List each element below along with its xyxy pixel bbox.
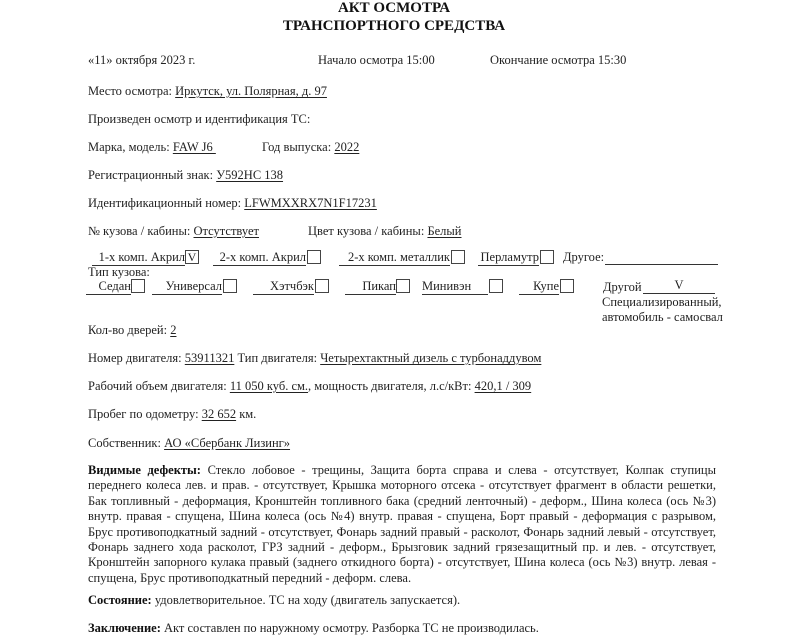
mileage-value: 32 652 <box>202 407 236 421</box>
condition-text: удовлетворительное. ТС на ходу (двигател… <box>152 593 460 607</box>
engine-type-value: Четырехтактный дизель с турбонаддувом <box>320 351 541 365</box>
body-type-checkbox-6[interactable] <box>560 279 574 293</box>
vin-row: Идентификационный номер: LFWMXXRX7N1F172… <box>88 196 377 211</box>
volume-label: Рабочий объем двигателя: <box>88 379 230 393</box>
vin-value: LFWMXXRX7N1F17231 <box>244 196 377 210</box>
conclusion-label: Заключение: <box>88 621 161 635</box>
plate-row: Регистрационный знак: У592НС 138 <box>88 168 283 183</box>
place-label: Место осмотра: <box>88 84 175 98</box>
condition-label: Состояние: <box>88 593 152 607</box>
paint-option-2: 2-х комп. Акрил <box>213 249 306 266</box>
vin-label: Идентификационный номер: <box>88 196 244 210</box>
body-type-checkbox-2[interactable] <box>223 279 237 293</box>
paint-option-3: 2-х комп. металлик <box>339 249 450 266</box>
body-type-other-field[interactable]: V <box>643 278 715 294</box>
body-number-label: № кузова / кабины: <box>88 224 194 238</box>
body-type-other-line1: Специализированный, <box>602 295 722 310</box>
paint-option-1: 1-х комп. Акрил <box>92 249 185 266</box>
model-value: FAW J6 <box>173 140 216 154</box>
inspection-end: Окончание осмотра 15:30 <box>490 53 626 68</box>
doors-row: Кол-во дверей: 2 <box>88 323 176 338</box>
paint-option-label: 2-х комп. Акрил <box>220 250 306 264</box>
paint-option-4: Перламутр <box>478 249 539 266</box>
paint-checkbox-2[interactable] <box>307 250 321 264</box>
body-type-option-label: Минивэн <box>422 279 471 293</box>
defects-paragraph: Видимые дефекты: Стекло лобовое - трещин… <box>88 463 716 586</box>
doors-label: Кол-во дверей: <box>88 323 170 337</box>
model-label: Марка, модель: <box>88 140 173 154</box>
identification-heading: Произведен осмотр и идентификация ТС: <box>88 112 310 127</box>
owner-label: Собственник: <box>88 436 164 450</box>
doc-title-line2: ТРАНСПОРТНОГО СРЕДСТВА <box>0 18 788 35</box>
year-label: Год выпуска: <box>262 140 334 154</box>
paint-other-label: Другое: <box>563 250 604 265</box>
body-type-option-label: Купе <box>533 279 559 293</box>
mileage-label: Пробег по одометру: <box>88 407 202 421</box>
body-type-option-3: Хэтчбэк <box>253 278 314 295</box>
conclusion-text: Акт составлен по наружному осмотру. Разб… <box>161 621 539 635</box>
owner-row: Собственник: АО «Сбербанк Лизинг» <box>88 436 290 451</box>
engine-type-label: Тип двигателя: <box>234 351 320 365</box>
body-type-option-1: Седан <box>86 278 131 295</box>
paint-other-field[interactable] <box>605 249 718 265</box>
paint-checkbox-3[interactable] <box>451 250 465 264</box>
body-type-checkbox-3[interactable] <box>315 279 329 293</box>
doors-value: 2 <box>170 323 176 337</box>
engine-row: Номер двигателя: 53911321 Тип двигателя:… <box>88 351 541 366</box>
body-type-option-4: Пикап <box>345 278 396 295</box>
power-label: , мощность двигателя, л.с/кВт: <box>308 379 475 393</box>
paint-option-label: 1-х комп. Акрил <box>99 250 185 264</box>
body-type-option-label: Седан <box>99 279 131 293</box>
conclusion-row: Заключение: Акт составлен по наружному о… <box>88 621 539 636</box>
inspection-date: «11» октября 2023 г. <box>88 53 195 68</box>
place-value: Иркутск, ул. Полярная, д. 97 <box>175 84 327 98</box>
mileage-row: Пробег по одометру: 32 652 км. <box>88 407 256 422</box>
paint-option-label: Перламутр <box>481 250 539 264</box>
plate-label: Регистрационный знак: <box>88 168 216 182</box>
paint-checkbox-4[interactable] <box>540 250 554 264</box>
body-type-option-label: Хэтчбэк <box>270 279 314 293</box>
defects-text: Стекло лобовое - трещины, Защита борта с… <box>88 463 716 585</box>
engine-number-label: Номер двигателя: <box>88 351 185 365</box>
body-color-value: Белый <box>427 224 461 238</box>
doc-title-line1: АКТ ОСМОТРА <box>0 0 788 17</box>
body-type-checkbox-4[interactable] <box>396 279 410 293</box>
volume-row: Рабочий объем двигателя: 11 050 куб. см.… <box>88 379 531 394</box>
body-color-row: Цвет кузова / кабины: Белый <box>308 224 462 239</box>
condition-row: Состояние: удовлетворительное. ТС на ход… <box>88 593 460 608</box>
year-value: 2022 <box>334 140 359 154</box>
model-row: Марка, модель: FAW J6 <box>88 140 216 155</box>
engine-number-value: 53911321 <box>185 351 235 365</box>
body-type-other-label: Другой <box>603 280 642 295</box>
body-type-option-6: Купе <box>519 278 559 295</box>
power-value: 420,1 / 309 <box>475 379 532 393</box>
paint-option-label: 2-х комп. металлик <box>348 250 450 264</box>
body-type-other-line2: автомобиль - самосвал <box>602 310 723 325</box>
plate-value: У592НС 138 <box>216 168 283 182</box>
year-row: Год выпуска: 2022 <box>262 140 359 155</box>
paint-checkbox-1[interactable]: V <box>185 250 199 264</box>
body-type-option-label: Пикап <box>362 279 396 293</box>
body-number-value: Отсутствует <box>194 224 259 238</box>
body-type-checkbox-1[interactable] <box>131 279 145 293</box>
body-type-option-label: Универсал <box>166 279 222 293</box>
body-number-row: № кузова / кабины: Отсутствует <box>88 224 259 239</box>
body-type-option-2: Универсал <box>152 278 222 295</box>
owner-value: АО «Сбербанк Лизинг» <box>164 436 290 450</box>
inspection-start: Начало осмотра 15:00 <box>318 53 435 68</box>
place-row: Место осмотра: Иркутск, ул. Полярная, д.… <box>88 84 327 99</box>
body-type-checkbox-5[interactable] <box>489 279 503 293</box>
body-color-label: Цвет кузова / кабины: <box>308 224 427 238</box>
defects-label: Видимые дефекты: <box>88 463 201 477</box>
volume-value: 11 050 куб. см. <box>230 379 308 393</box>
mileage-unit: км. <box>236 407 256 421</box>
body-type-option-5: Минивэн <box>422 278 488 295</box>
